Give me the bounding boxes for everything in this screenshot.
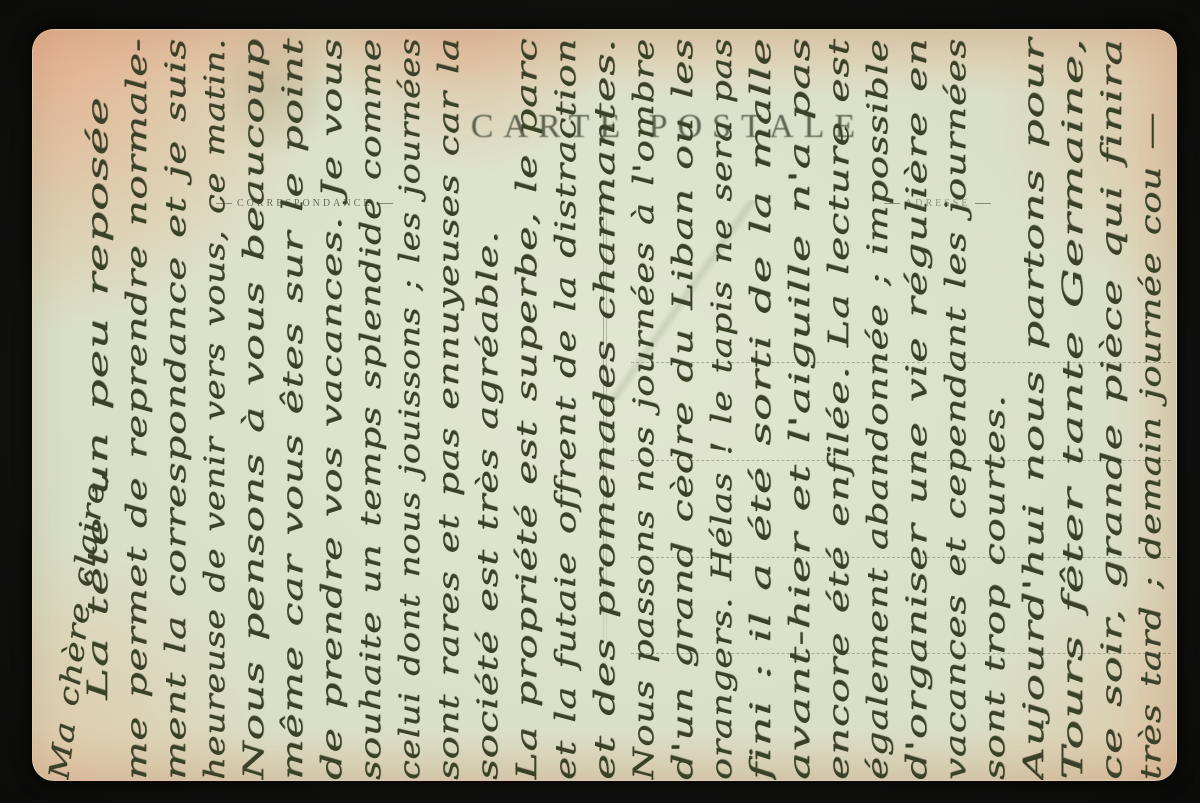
handwriting-line-text: ment la correspondance et je suis [156, 38, 195, 780]
handwriting-line-text: encore été enfilée. La lecture est [819, 38, 858, 780]
handwriting-line: La propriété est superbe, le parc [507, 38, 546, 780]
handwriting-line-text: Nous passons nos journées à l'ombre [624, 38, 663, 780]
handwriting-line-text: Tours fêter tante Germaine, [1053, 37, 1092, 780]
handwriting-line-text: fini : il a été sorti de la malle [741, 38, 780, 780]
handwriting-line: très tard ; demain journée cou — [1131, 38, 1170, 780]
handwriting-line: Nous passons nos journées à l'ombre [624, 38, 663, 780]
handwriting-line-text: de prendre vos vacances. Je vous [312, 38, 351, 780]
handwriting-line-text: et des promenades charmantes. [585, 38, 624, 780]
handwriting-line: Aujourd'hui nous partons pour [1014, 38, 1053, 780]
handwriting-line: de prendre vos vacances. Je vous [312, 38, 351, 780]
handwriting-line: Tours fêter tante Germaine, [1053, 38, 1092, 780]
handwriting-line: souhaite un temps splendide comme [351, 38, 390, 780]
handwriting-line-text: d'un grand cèdre du Liban ou les [663, 38, 702, 780]
handwriting-line: même car vous êtes sur le point [273, 38, 312, 780]
handwriting-line-text: me permet de reprendre normale- [117, 38, 156, 780]
handwriting-line: et des promenades charmantes. [585, 38, 624, 780]
handwriting-line-text: sont rares et pas ennuyeuses car la [429, 37, 468, 780]
handwriting-line-text: orangers. Hélas ! le tapis ne sera pas [702, 38, 741, 780]
handwriting-line-text: heureuse de venir vers vous, ce matin. [195, 38, 234, 780]
handwriting-line-text: même car vous êtes sur le point [273, 38, 312, 780]
handwriting-line-text: sont trop courtes. [975, 394, 1014, 780]
handwriting-line: avant-hier et l'aiguille n'a pas [780, 38, 819, 780]
handwriting-line-text: également abandonnée ; impossible [858, 39, 897, 780]
handwriting-line: encore été enfilée. La lecture est [819, 38, 858, 780]
handwriting-line-text: La tête un peu reposée [78, 97, 117, 700]
handwriting-line: heureuse de venir vers vous, ce matin. [195, 38, 234, 780]
handwriting-line: ce soir, grande pièce qui finira [1092, 38, 1131, 780]
handwriting-line-text: ce soir, grande pièce qui finira [1092, 38, 1131, 780]
handwriting-line: La tête un peu reposée [78, 38, 117, 780]
postcard: CARTE POSTALE CORRESPONDANCE ADRESSE Ma … [32, 29, 1177, 781]
handwriting-line-text: Aujourd'hui nous partons pour [1014, 38, 1053, 780]
handwriting-line: vacances et cependant les journées [936, 38, 975, 780]
handwriting-line: sont trop courtes. [975, 38, 1014, 780]
handwriting-line: d'organiser une vie régulière en [897, 38, 936, 780]
handwriting-line-text: celui dont nous jouissons ; les journées [390, 38, 429, 780]
handwriting-line-text: et la futaie offrent de la distraction [546, 38, 585, 780]
handwriting-line: Nous pensons à vous beaucoup [234, 38, 273, 780]
handwriting-line: société est très agréable. [468, 38, 507, 780]
handwriting-line: également abandonnée ; impossible [858, 38, 897, 780]
handwriting-line-text: société est très agréable. [468, 230, 507, 780]
handwriting-line: sont rares et pas ennuyeuses car la [429, 38, 468, 780]
handwriting-line-text: La propriété est superbe, le parc [507, 38, 546, 780]
handwriting-line: me permet de reprendre normale- [117, 38, 156, 780]
handwriting-line: ment la correspondance et je suis [156, 38, 195, 780]
handwriting-line-text: Nous pensons à vous beaucoup [234, 38, 273, 780]
handwriting-line: et la futaie offrent de la distraction [546, 38, 585, 780]
handwritten-message: Ma chère claire,La tête un peu reposéeme… [39, 38, 1170, 780]
handwriting-line: orangers. Hélas ! le tapis ne sera pas [702, 38, 741, 780]
handwriting-line-text: avant-hier et l'aiguille n'a pas [780, 37, 819, 780]
handwriting-line-text: très tard ; demain journée cou — [1131, 112, 1170, 780]
handwriting-line-text: vacances et cependant les journées [936, 38, 975, 780]
handwriting-line: fini : il a été sorti de la malle [741, 38, 780, 780]
handwriting-line: Ma chère claire, [39, 38, 78, 780]
handwriting-line: celui dont nous jouissons ; les journées [390, 38, 429, 780]
handwriting-line: d'un grand cèdre du Liban ou les [663, 38, 702, 780]
handwriting-line-text: d'organiser une vie régulière en [897, 38, 936, 780]
handwriting-line-text: souhaite un temps splendide comme [351, 38, 390, 780]
